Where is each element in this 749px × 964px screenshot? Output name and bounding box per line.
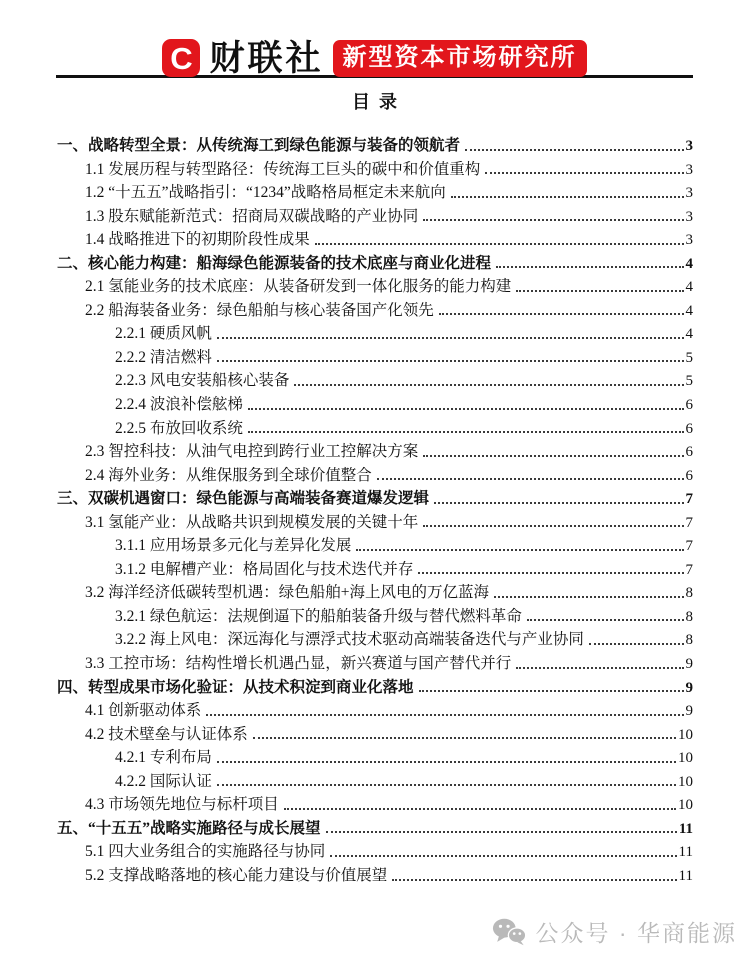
toc-entry-label: 2.2.1 硬质风帆 [115,322,212,346]
toc-page-number: 9 [686,700,694,724]
toc-entry-label: 三、双碳机遇窗口：绿色能源与高端装备赛道爆发逻辑 [57,487,429,511]
toc-entry-label: 4.1 创新驱动体系 [85,699,201,723]
dot-leader [516,667,683,669]
toc-entry-label: 1.1 发展历程与转型路径：传统海工巨头的碳中和价值重构 [85,158,480,182]
dot-leader [451,196,684,198]
toc-entry-label: 1.4 战略推进下的初期阶段性成果 [85,228,310,252]
dot-leader [330,855,676,857]
toc-page-number: 3 [686,159,694,183]
toc-page-number: 4 [686,253,694,277]
toc-entry[interactable]: 1.2 “十五五”战略指引：“1234”战略格局框定未来航向3 [57,181,693,205]
toc-entry-label: 五、“十五五”战略实施路径与成长展望 [57,817,321,841]
toc-page-number: 3 [686,229,694,253]
toc-page-number: 10 [678,724,693,748]
dot-leader [217,337,684,339]
toc-entry[interactable]: 1.1 发展历程与转型路径：传统海工巨头的碳中和价值重构3 [57,158,693,182]
wechat-account-label: 公众号 · 华商能源 [536,915,737,948]
toc-entry[interactable]: 2.2.5 布放回收系统6 [57,417,693,441]
toc-page-number: 4 [686,300,694,324]
toc-entry-label: 5.2 支撑战略落地的核心能力建设与价值展望 [85,864,387,888]
dot-leader [217,360,684,362]
toc-page-number: 7 [686,559,694,583]
toc-page-number: 11 [679,841,693,865]
toc-page-number: 10 [678,747,693,771]
toc-entry-label: 3.2.2 海上风电：深远海化与漂浮式技术驱动高端装备迭代与产业协同 [115,628,584,652]
toc-entry-label: 二、核心能力构建：船海绿色能源装备的技术底座与商业化进程 [57,252,491,276]
dot-leader [253,737,676,739]
toc-entry-label: 2.3 智控科技：从油气电控到跨行业工控解决方案 [85,440,418,464]
toc-entry[interactable]: 3.2 海洋经济低碳转型机遇：绿色船舶+海上风电的万亿蓝海8 [57,581,693,605]
brand-badge: 新型资本市场研究所 [333,40,587,77]
toc-entry[interactable]: 1.4 战略推进下的初期阶段性成果3 [57,228,693,252]
toc-entry[interactable]: 3.1.2 电解槽产业：格局固化与技术迭代并存7 [57,558,693,582]
dot-leader [496,266,683,268]
dot-leader [392,879,676,881]
dot-leader [434,502,683,504]
toc-page-number: 9 [686,677,694,701]
toc-page-number: 3 [686,135,694,159]
brand-lockup: C 财联社 新型资本市场研究所 [0,39,749,77]
toc-entry[interactable]: 4.3 市场领先地位与标杆项目10 [57,793,693,817]
toc-entry[interactable]: 4.2.1 专利布局10 [57,746,693,770]
toc-entry[interactable]: 3.3 工控市场：结构性增长机遇凸显，新兴赛道与国产替代并行9 [57,652,693,676]
toc-entry-label: 4.3 市场领先地位与标杆项目 [85,793,279,817]
dot-leader [217,784,676,786]
toc-entry-label: 2.2.3 风电安装船核心装备 [115,369,289,393]
cailianshe-logo-icon: C [162,39,200,77]
toc-page-number: 11 [679,818,693,842]
dot-leader [527,619,684,621]
dot-leader [326,831,677,833]
toc-entry-label: 2.4 海外业务：从维保服务到全球价值整合 [85,464,372,488]
toc-entry[interactable]: 4.1 创新驱动体系9 [57,699,693,723]
toc-entry-label: 4.2.2 国际认证 [115,770,212,794]
toc-entry[interactable]: 3.2.1 绿色航运：法规倒逼下的船舶装备升级与替代燃料革命8 [57,605,693,629]
toc-entry[interactable]: 二、核心能力构建：船海绿色能源装备的技术底座与商业化进程4 [57,252,693,276]
toc-entry-label: 一、战略转型全景：从传统海工到绿色能源与装备的领航者 [57,134,460,158]
toc-entry[interactable]: 2.3 智控科技：从油气电控到跨行业工控解决方案6 [57,440,693,464]
toc-entry-label: 3.2.1 绿色航运：法规倒逼下的船舶装备升级与替代燃料革命 [115,605,522,629]
toc-entry[interactable]: 2.4 海外业务：从维保服务到全球价值整合6 [57,464,693,488]
dot-leader [248,431,684,433]
toc-page-number: 6 [686,418,694,442]
toc-entry[interactable]: 三、双碳机遇窗口：绿色能源与高端装备赛道爆发逻辑7 [57,487,693,511]
toc-entry[interactable]: 一、战略转型全景：从传统海工到绿色能源与装备的领航者3 [57,134,693,158]
dot-leader [589,643,684,645]
toc-page-number: 8 [686,582,694,606]
dot-leader [284,808,676,810]
toc-page-number: 5 [686,370,694,394]
brand-name: 财联社 [209,41,323,76]
toc-page-number: 5 [686,347,694,371]
wechat-watermark: 公众号 · 华商能源 [492,915,737,948]
toc-page-number: 6 [686,394,694,418]
toc-entry[interactable]: 3.1 氢能产业：从战略共识到规模发展的关键十年7 [57,511,693,535]
dot-leader [419,690,684,692]
dot-leader [465,149,683,151]
toc-entry-label: 2.2.2 清洁燃料 [115,346,212,370]
toc-entry-label: 1.2 “十五五”战略指引：“1234”战略格局框定未来航向 [85,181,446,205]
toc-entry[interactable]: 四、转型成果市场化验证：从技术积淀到商业化落地9 [57,676,693,700]
toc-page-number: 3 [686,206,694,230]
toc-entry-label: 4.2.1 专利布局 [115,746,212,770]
toc-page-number: 8 [686,629,694,653]
dot-leader [485,172,683,174]
toc-entry-label: 3.1 氢能产业：从战略共识到规模发展的关键十年 [85,511,418,535]
toc-entry[interactable]: 3.1.1 应用场景多元化与差异化发展7 [57,534,693,558]
dot-leader [248,408,684,410]
toc-page-number: 8 [686,606,694,630]
dot-leader [217,761,676,763]
dot-leader [516,290,683,292]
toc-entry[interactable]: 5.2 支撑战略落地的核心能力建设与价值展望11 [57,864,693,888]
dot-leader [494,596,684,598]
toc-page-number: 4 [686,323,694,347]
toc-page-number: 10 [678,794,693,818]
toc-entry-label: 1.3 股东赋能新范式：招商局双碳战略的产业协同 [85,205,418,229]
dot-leader [356,549,683,551]
dot-leader [315,243,684,245]
wechat-icon [492,917,526,946]
dot-leader [423,525,683,527]
dot-leader [439,313,684,315]
toc-entry-label: 3.1.2 电解槽产业：格局固化与技术迭代并存 [115,558,413,582]
toc-entry-label: 2.2 船海装备业务：绿色船舶与核心装备国产化领先 [85,299,434,323]
toc-page-number: 11 [679,865,693,889]
dot-leader [423,219,683,221]
toc-entry-label: 3.1.1 应用场景多元化与差异化发展 [115,534,351,558]
toc-entry[interactable]: 2.2 船海装备业务：绿色船舶与核心装备国产化领先4 [57,299,693,323]
toc-entry[interactable]: 2.2.3 风电安装船核心装备5 [57,369,693,393]
dot-leader [294,384,683,386]
toc-page-number: 6 [686,441,694,465]
toc-page-number: 9 [686,653,694,677]
toc-entry-label: 5.1 四大业务组合的实施路径与协同 [85,840,325,864]
toc-title: 目录 [0,88,749,114]
toc-page-number: 7 [686,535,694,559]
toc-page-number: 10 [678,771,693,795]
toc-page-number: 7 [686,488,694,512]
toc-entry[interactable]: 1.3 股东赋能新范式：招商局双碳战略的产业协同3 [57,205,693,229]
toc-entry-label: 3.2 海洋经济低碳转型机遇：绿色船舶+海上风电的万亿蓝海 [85,581,489,605]
toc-entry-label: 4.2 技术壁垒与认证体系 [85,723,248,747]
toc-page-number: 3 [686,182,694,206]
toc-entry-label: 四、转型成果市场化验证：从技术积淀到商业化落地 [57,676,414,700]
toc-page-number: 7 [686,512,694,536]
toc-entry[interactable]: 五、“十五五”战略实施路径与成长展望11 [57,817,693,841]
toc-page-number: 4 [686,276,694,300]
toc-entry-label: 3.3 工控市场：结构性增长机遇凸显，新兴赛道与国产替代并行 [85,652,511,676]
dot-leader [206,714,683,716]
toc-entry[interactable]: 2.2.4 波浪补偿舷梯6 [57,393,693,417]
toc-entry[interactable]: 2.2.2 清洁燃料5 [57,346,693,370]
toc-entry-label: 2.2.5 布放回收系统 [115,417,243,441]
toc-entry-label: 2.1 氢能业务的技术底座：从装备研发到一体化服务的能力构建 [85,275,511,299]
dot-leader [418,572,683,574]
table-of-contents: 一、战略转型全景：从传统海工到绿色能源与装备的领航者31.1 发展历程与转型路径… [57,134,693,888]
toc-entry-label: 2.2.4 波浪补偿舷梯 [115,393,243,417]
toc-entry[interactable]: 2.1 氢能业务的技术底座：从装备研发到一体化服务的能力构建4 [57,275,693,299]
toc-entry[interactable]: 5.1 四大业务组合的实施路径与协同11 [57,840,693,864]
toc-page-number: 6 [686,465,694,489]
toc-entry[interactable]: 4.2.2 国际认证10 [57,770,693,794]
dot-leader [377,478,684,480]
toc-entry[interactable]: 2.2.1 硬质风帆4 [57,322,693,346]
toc-entry[interactable]: 3.2.2 海上风电：深远海化与漂浮式技术驱动高端装备迭代与产业协同8 [57,628,693,652]
dot-leader [423,455,683,457]
toc-entry[interactable]: 4.2 技术壁垒与认证体系10 [57,723,693,747]
